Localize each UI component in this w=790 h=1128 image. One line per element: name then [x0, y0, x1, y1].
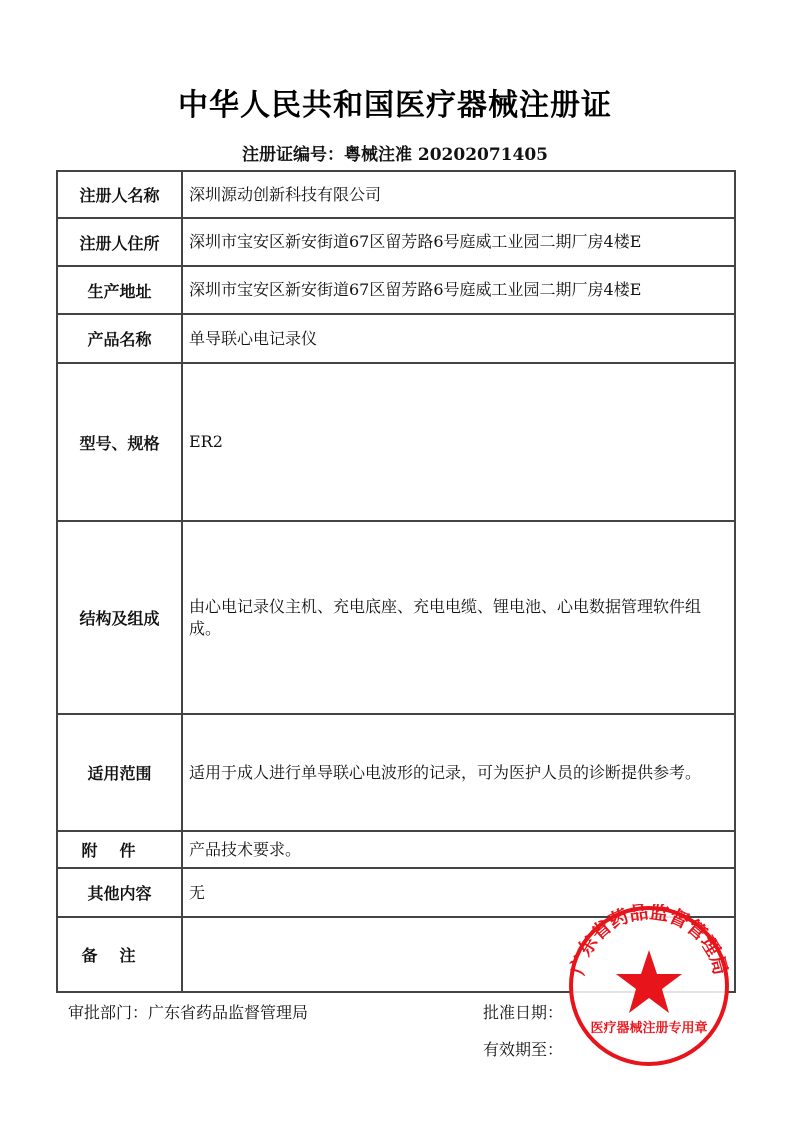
row-label: 型号、规格 [57, 363, 182, 521]
certificate-table: 注册人名称 深圳源动创新科技有限公司 注册人住所 深圳市宝安区新安街道67区留芳… [56, 170, 736, 993]
row-label: 注册人住所 [57, 218, 182, 266]
row-value: 单导联心电记录仪 [182, 314, 735, 363]
row-value: 深圳市宝安区新安街道67区留芳路6号庭威工业园二期厂房4楼E [182, 266, 735, 314]
table-row: 型号、规格 ER2 [57, 363, 735, 521]
row-label: 附件 [57, 831, 182, 868]
table-row: 注册人住所 深圳市宝安区新安街道67区留芳路6号庭威工业园二期厂房4楼E [57, 218, 735, 266]
row-value: 产品技术要求。 [182, 831, 735, 868]
table-row: 附件 产品技术要求。 [57, 831, 735, 868]
svg-text:医疗器械注册专用章: 医疗器械注册专用章 [590, 1020, 707, 1036]
official-seal-icon: 广东省药品监督管理局 医疗器械注册专用章 [567, 904, 731, 1068]
approval-date-label: 批准日期： [483, 1000, 563, 1023]
table-row: 结构及组成 由心电记录仪主机、充电底座、充电电缆、锂电池、心电数据管理软件组成。 [57, 521, 735, 714]
row-value: 由心电记录仪主机、充电底座、充电电缆、锂电池、心电数据管理软件组成。 [182, 521, 735, 714]
registration-number: 注册证编号：粤械注准 20202071405 [0, 140, 790, 165]
row-label: 备注 [57, 917, 182, 992]
row-label: 注册人名称 [57, 171, 182, 218]
row-value: 深圳源动创新科技有限公司 [182, 171, 735, 218]
table-row: 产品名称 单导联心电记录仪 [57, 314, 735, 363]
table-row: 生产地址 深圳市宝安区新安街道67区留芳路6号庭威工业园二期厂房4楼E [57, 266, 735, 314]
row-value: 适用于成人进行单导联心电波形的记录，可为医护人员的诊断提供参考。 [182, 714, 735, 831]
row-label: 其他内容 [57, 868, 182, 917]
registration-number-label: 注册证编号： [242, 145, 344, 165]
approval-department: 审批部门：广东省药品监督管理局 [68, 1000, 308, 1023]
row-value: 深圳市宝安区新安街道67区留芳路6号庭威工业园二期厂房4楼E [182, 218, 735, 266]
table-row: 适用范围 适用于成人进行单导联心电波形的记录，可为医护人员的诊断提供参考。 [57, 714, 735, 831]
row-label: 生产地址 [57, 266, 182, 314]
row-label: 产品名称 [57, 314, 182, 363]
document-title: 中华人民共和国医疗器械注册证 [0, 80, 790, 124]
valid-until-label: 有效期至： [483, 1037, 563, 1060]
registration-number-value: 粤械注准 20202071405 [344, 145, 548, 165]
row-value: ER2 [182, 363, 735, 521]
row-label: 适用范围 [57, 714, 182, 831]
table-row: 注册人名称 深圳源动创新科技有限公司 [57, 171, 735, 218]
row-label: 结构及组成 [57, 521, 182, 714]
